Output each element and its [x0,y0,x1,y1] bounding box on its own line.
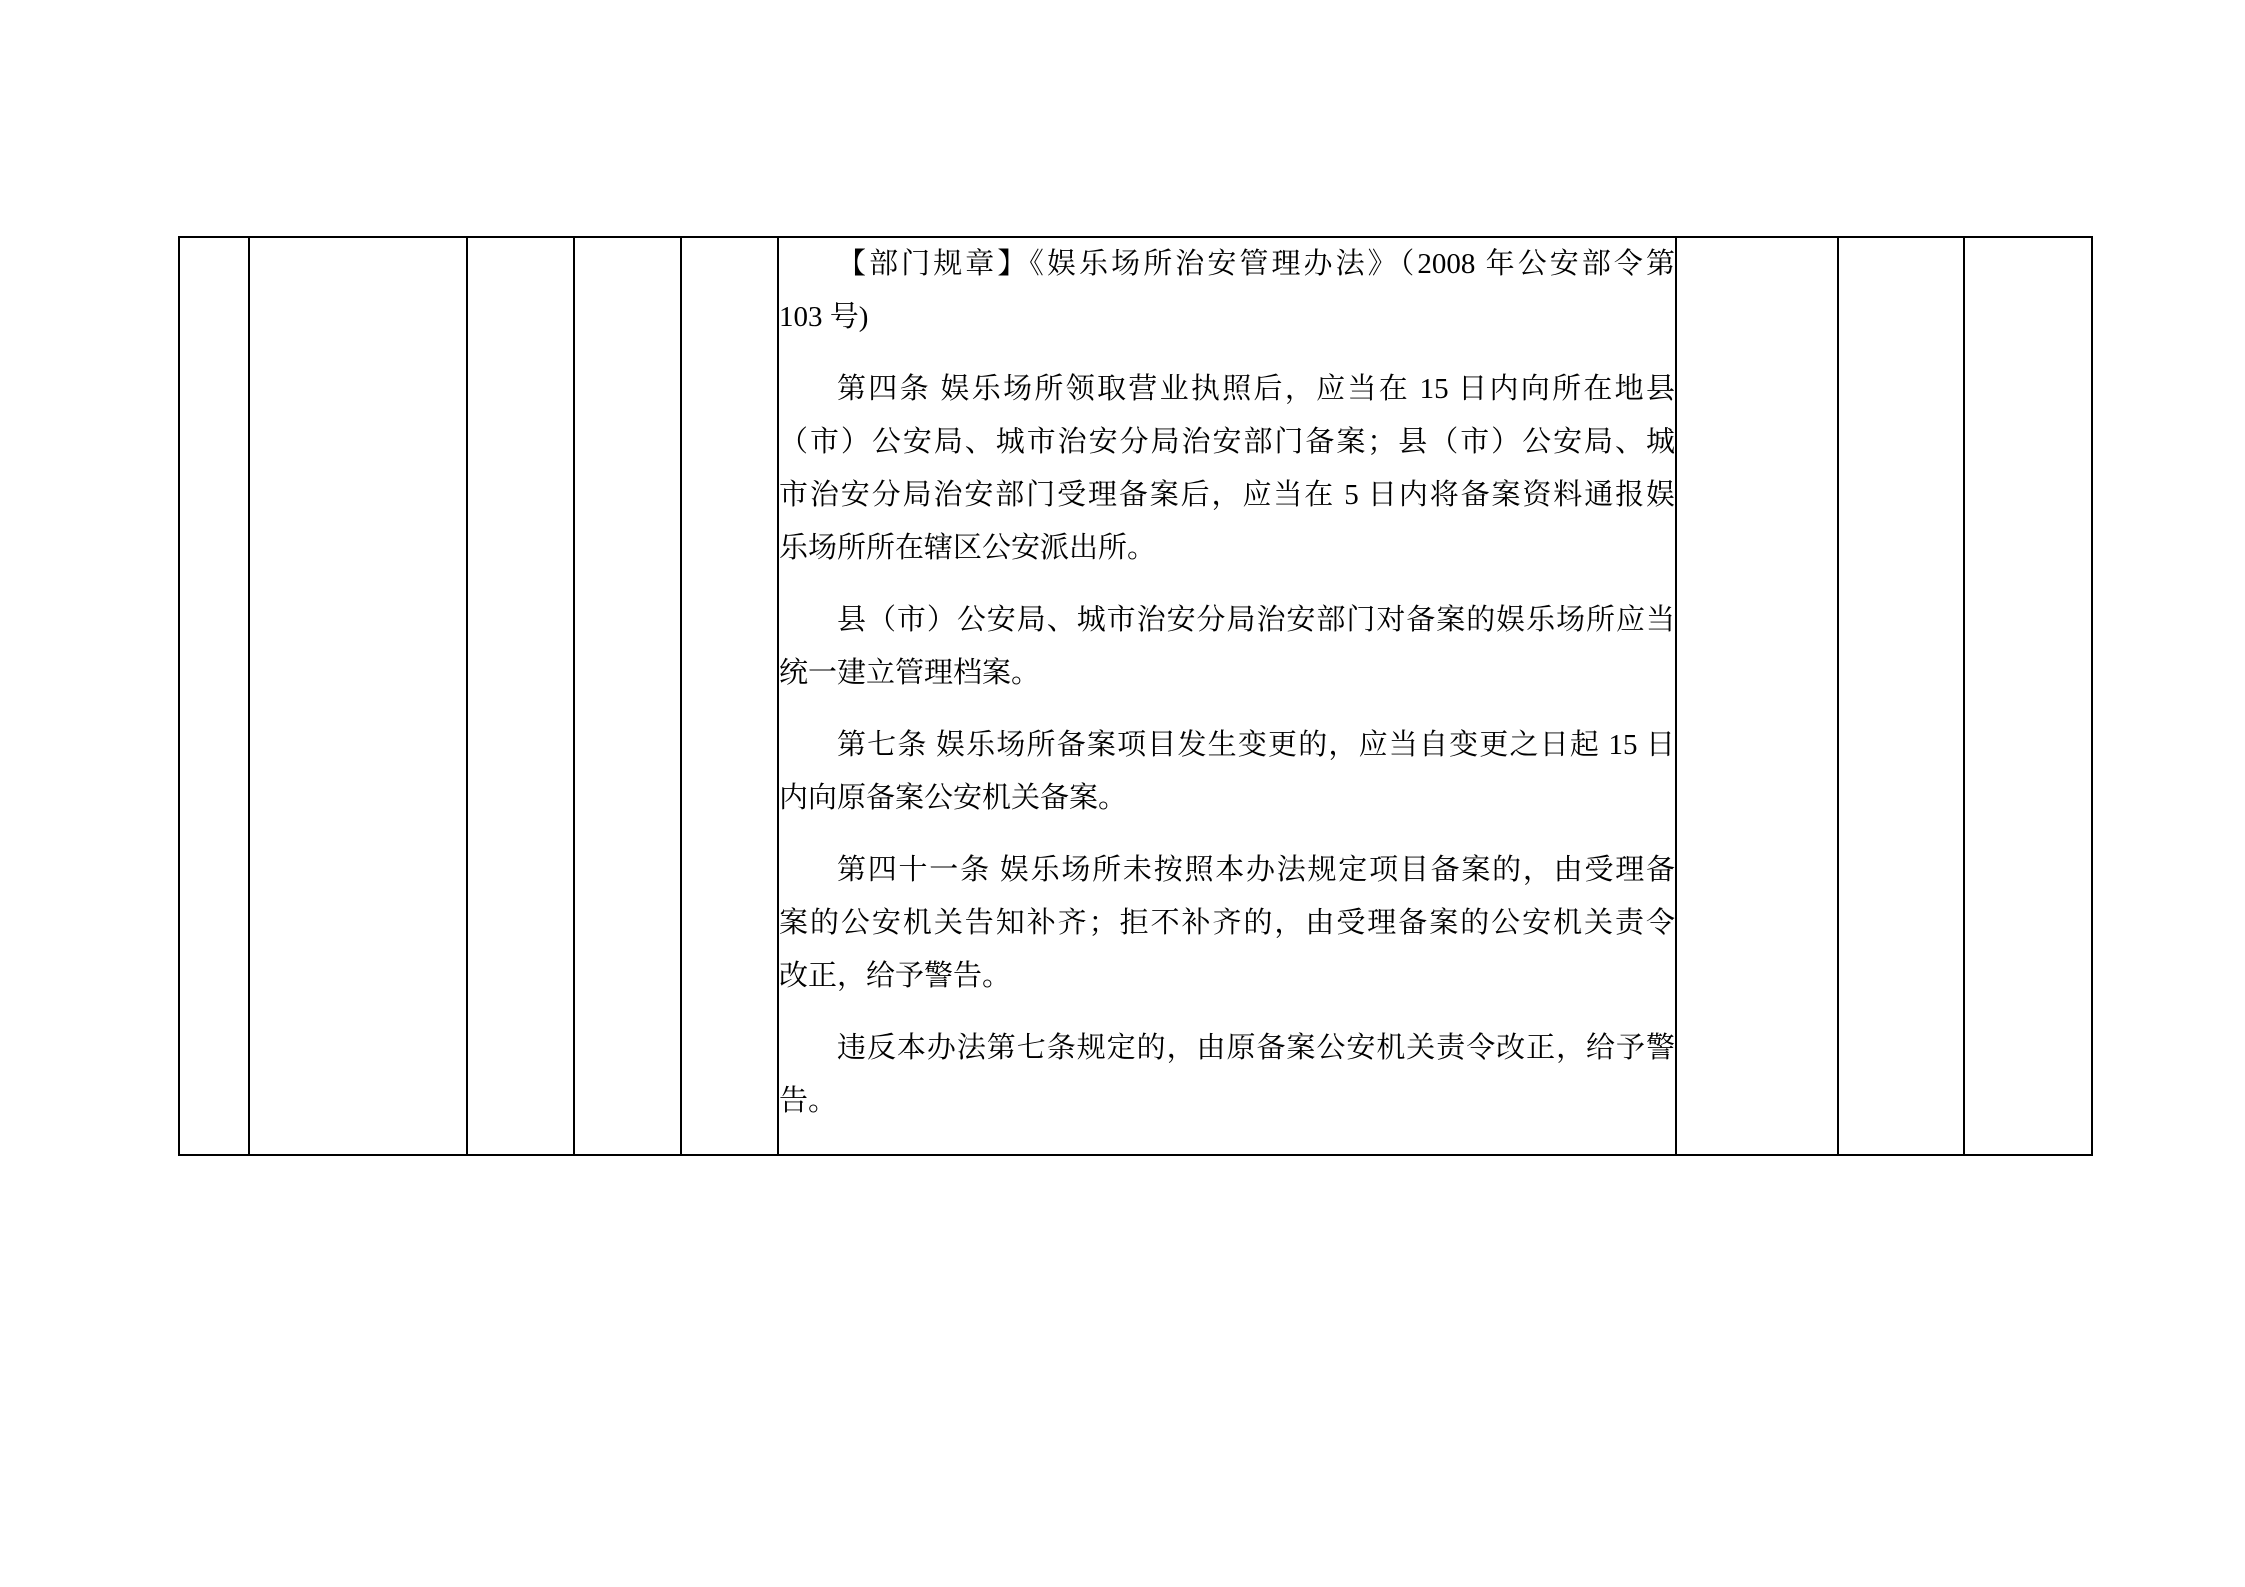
text-line: 统一建立管理档案。 [779,647,1675,700]
empty-cell-1 [179,237,249,1155]
text-line: 违反本办法第七条规定的，由原备案公安机关责令改正，给予警 [779,1022,1675,1075]
text-line: 第七条 娱乐场所备案项目发生变更的，应当自变更之日起 15 日 [779,719,1675,772]
text-line: 103 号) [779,291,1675,344]
text-line: 乐场所所在辖区公安派出所。 [779,522,1675,575]
text-line: 案的公安机关告知补齐；拒不补齐的，由受理备案的公安机关责令 [779,897,1675,950]
paragraph: 第四条 娱乐场所领取营业执照后，应当在 15 日内向所在地县（市）公安局、城市治… [779,363,1675,575]
empty-cell-4 [574,237,681,1155]
empty-cell-2 [249,237,467,1155]
text-line: （市）公安局、城市治安分局治安部门备案；县（市）公安局、城 [779,416,1675,469]
text-line: 市治安分局治安部门受理备案后，应当在 5 日内将备案资料通报娱 [779,469,1675,522]
text-line: 内向原备案公安机关备案。 [779,772,1675,825]
paragraph: 【部门规章】《娱乐场所治安管理办法》（2008 年公安部令第103 号) [779,238,1675,344]
empty-cell-8 [1964,237,2092,1155]
empty-cell-7 [1838,237,1964,1155]
text-line: 改正，给予警告。 [779,950,1675,1003]
empty-cell-5 [681,237,778,1155]
paragraph: 违反本办法第七条规定的，由原备案公安机关责令改正，给予警告。 [779,1022,1675,1128]
text-line: 【部门规章】《娱乐场所治安管理办法》（2008 年公安部令第 [779,238,1675,291]
text-line: 第四十一条 娱乐场所未按照本办法规定项目备案的，由受理备 [779,844,1675,897]
paragraph: 县（市）公安局、城市治安分局治安部门对备案的娱乐场所应当统一建立管理档案。 [779,594,1675,700]
document-table: 【部门规章】《娱乐场所治安管理办法》（2008 年公安部令第103 号)第四条 … [178,236,2093,1156]
paragraph: 第四十一条 娱乐场所未按照本办法规定项目备案的，由受理备案的公安机关告知补齐；拒… [779,844,1675,1003]
text-line: 县（市）公安局、城市治安分局治安部门对备案的娱乐场所应当 [779,594,1675,647]
empty-cell-6 [1676,237,1838,1155]
page: 【部门规章】《娱乐场所治安管理办法》（2008 年公安部令第103 号)第四条 … [0,0,2245,1587]
law-text-cell: 【部门规章】《娱乐场所治安管理办法》（2008 年公安部令第103 号)第四条 … [778,237,1676,1155]
text-line: 告。 [779,1075,1675,1128]
paragraph: 第七条 娱乐场所备案项目发生变更的，应当自变更之日起 15 日内向原备案公安机关… [779,719,1675,825]
empty-cell-3 [467,237,574,1155]
text-line: 第四条 娱乐场所领取营业执照后，应当在 15 日内向所在地县 [779,363,1675,416]
table-row: 【部门规章】《娱乐场所治安管理办法》（2008 年公安部令第103 号)第四条 … [179,237,2092,1155]
